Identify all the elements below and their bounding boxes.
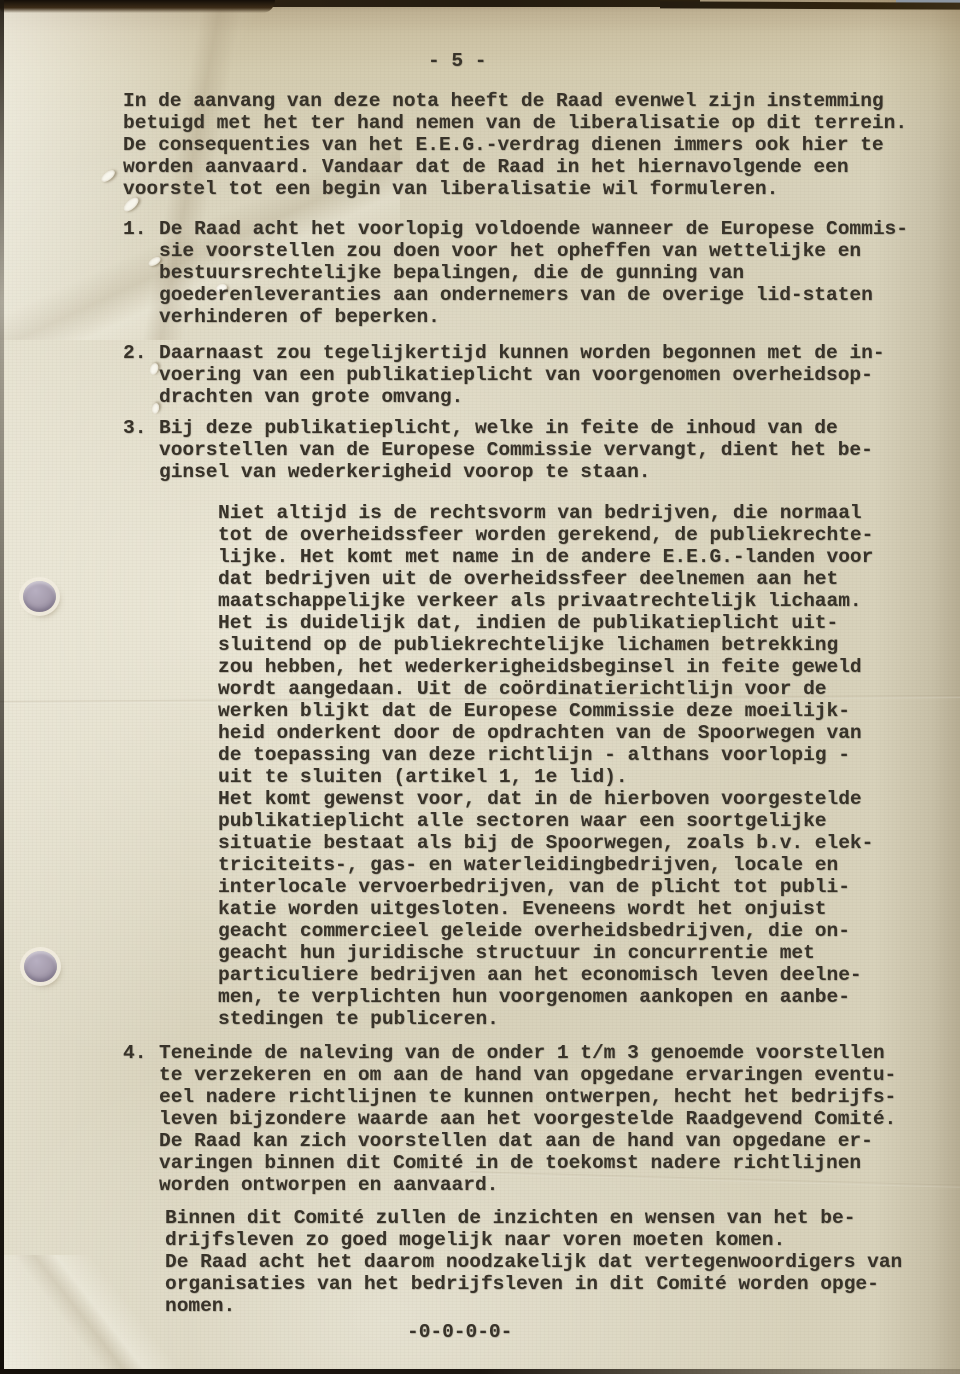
scan-edge-left	[0, 0, 4, 1374]
closing-paragraph: Binnen dit Comité zullen de inzichten en…	[165, 1207, 933, 1317]
item-1-number: 1.	[123, 218, 159, 328]
numbered-item-1: 1. De Raad acht het voorlopig voldoende …	[123, 218, 933, 328]
numbered-item-4: 4. Teneinde de naleving van de onder 1 t…	[123, 1042, 933, 1196]
intro-paragraph: In de aanvang van deze nota heeft de Raa…	[123, 90, 933, 200]
item-4-number: 4.	[123, 1042, 159, 1196]
numbered-item-3: 3. Bij deze publikatieplicht, welke in f…	[123, 417, 933, 483]
indented-explanation-paragraph: Niet altijd is de rechtsvorm van bedrijv…	[218, 502, 933, 1030]
punch-hole-bottom	[24, 951, 57, 982]
item-2-number: 2.	[123, 342, 159, 408]
scanned-document-page: - 5 - In de aanvang van deze nota heeft …	[0, 0, 960, 1374]
punch-hole-top	[23, 581, 56, 612]
scan-edge-bottom	[0, 1369, 960, 1374]
item-3-number: 3.	[123, 417, 159, 483]
item-4-text: Teneinde de naleving van de onder 1 t/m …	[159, 1042, 933, 1196]
item-3-text: Bij deze publikatieplicht, welke in feit…	[159, 417, 933, 483]
staple-mark	[99, 168, 117, 184]
page-number: - 5 -	[428, 50, 933, 72]
item-2-text: Daarnaast zou tegelijkertijd kunnen word…	[159, 342, 933, 408]
numbered-item-2: 2. Daarnaast zou tegelijkertijd kunnen w…	[123, 342, 933, 408]
end-of-document-mark: -0-0-0-0-	[407, 1321, 933, 1343]
item-1-text: De Raad acht het voorlopig voldoende wan…	[159, 218, 933, 328]
page-content: - 5 - In de aanvang van deze nota heeft …	[123, 0, 933, 1343]
